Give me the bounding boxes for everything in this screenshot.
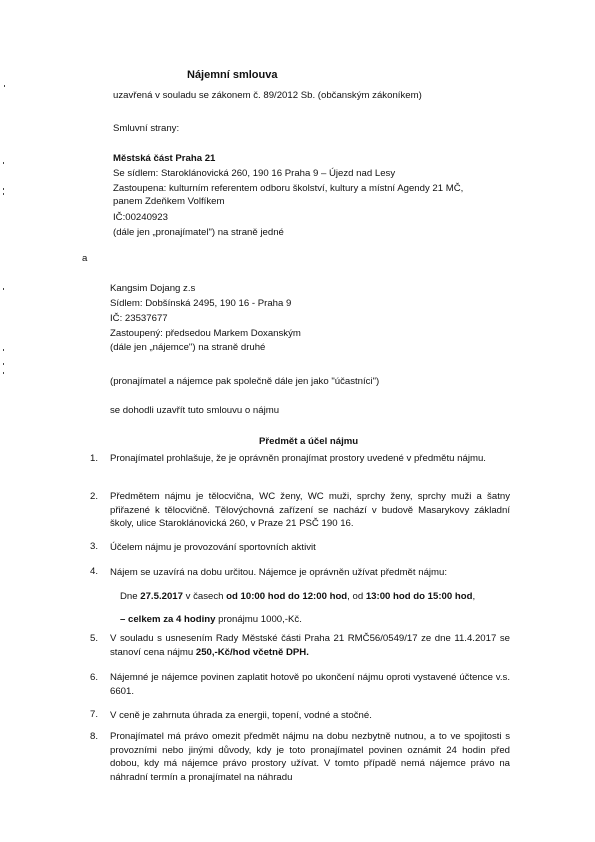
schedule-date: 27.5.2017 bbox=[140, 591, 183, 602]
party1-address: Se sídlem: Staroklánovická 260, 190 16 P… bbox=[113, 168, 395, 179]
item-text: Účelem nájmu je provozování sportovních … bbox=[110, 541, 510, 555]
scan-speck bbox=[3, 193, 4, 195]
item-text: Nájemné je nájemce povinen zaplatit hoto… bbox=[110, 671, 510, 698]
total-hours: 4 hodiny bbox=[176, 614, 215, 625]
section-heading: Předmět a účel nájmu bbox=[259, 436, 358, 447]
scan-speck bbox=[3, 162, 4, 164]
scan-speck bbox=[3, 372, 4, 374]
party2-address: Sídlem: Dobšínská 2495, 190 16 - Praha 9 bbox=[110, 298, 291, 309]
scan-speck bbox=[3, 363, 4, 365]
item-text: V souladu s usnesením Rady Městské části… bbox=[110, 632, 510, 659]
item-number: 2. bbox=[90, 491, 98, 502]
item-number: 7. bbox=[90, 709, 98, 720]
item-number: 8. bbox=[90, 731, 98, 742]
schedule-line: Dne 27.5.2017 v časech od 10:00 hod do 1… bbox=[120, 591, 475, 602]
item-number: 5. bbox=[90, 633, 98, 644]
schedule-total: – celkem za 4 hodiny pronájmu 1000,-Kč. bbox=[120, 614, 302, 625]
item-text: V ceně je zahrnuta úhrada za energii, to… bbox=[110, 709, 510, 723]
item-text: Předmětem nájmu je tělocvična, WC ženy, … bbox=[110, 490, 510, 531]
party1-name: Městská část Praha 21 bbox=[113, 153, 215, 164]
party1-role: (dále jen „pronajímatel") na straně jedn… bbox=[113, 227, 284, 238]
party2-name: Kangsim Dojang z.s bbox=[110, 283, 195, 294]
schedule-slot-1: od 10:00 hod do 12:00 hod bbox=[226, 591, 347, 602]
item-number: 3. bbox=[90, 541, 98, 552]
schedule-slot-2: 13:00 hod do 15:00 hod bbox=[366, 591, 473, 602]
item-text: Pronajímatel má právo omezit předmět náj… bbox=[110, 730, 510, 784]
together-clause: (pronajímatel a nájemce pak společně dál… bbox=[110, 376, 379, 387]
scan-speck bbox=[3, 188, 4, 190]
party1-ico: IČ:00240923 bbox=[113, 212, 168, 223]
party1-represented: Zastoupena: kulturním referentem odboru … bbox=[113, 183, 463, 194]
agreed-clause: se dohodli uzavřít tuto smlouvu o nájmu bbox=[110, 405, 279, 416]
and-separator: a bbox=[82, 253, 87, 264]
schedule-mid: v časech bbox=[183, 591, 226, 602]
total-prefix: – celkem za bbox=[120, 614, 176, 625]
document-subtitle: uzavřená v souladu se zákonem č. 89/2012… bbox=[113, 90, 422, 101]
item-text: Nájem se uzavírá na dobu určitou. Nájemc… bbox=[110, 566, 510, 580]
schedule-sep: , od bbox=[347, 591, 366, 602]
item-text-price: 250,-Kč/hod včetně DPH. bbox=[196, 647, 309, 658]
item-text: Pronajímatel prohlašuje, že je oprávněn … bbox=[110, 452, 510, 466]
parties-heading: Smluvní strany: bbox=[113, 123, 179, 134]
total-price: pronájmu 1000,-Kč. bbox=[215, 614, 301, 625]
item-number: 6. bbox=[90, 672, 98, 683]
party1-represented-name: panem Zdeňkem Volfíkem bbox=[113, 196, 224, 207]
scan-speck bbox=[3, 288, 4, 290]
scan-speck bbox=[3, 349, 4, 351]
scan-speck bbox=[4, 85, 5, 87]
party2-role: (dále jen „nájemce") na straně druhé bbox=[110, 342, 265, 353]
item-number: 4. bbox=[90, 566, 98, 577]
item-text-plain: V souladu s usnesením Rady Městské části… bbox=[110, 633, 510, 658]
schedule-prefix: Dne bbox=[120, 591, 140, 602]
party2-represented: Zastoupený: předsedou Markem Doxanským bbox=[110, 328, 301, 339]
document-title: Nájemní smlouva bbox=[187, 69, 277, 81]
party2-ico: IČ: 23537677 bbox=[110, 313, 168, 324]
schedule-end: , bbox=[472, 591, 475, 602]
item-number: 1. bbox=[90, 453, 98, 464]
